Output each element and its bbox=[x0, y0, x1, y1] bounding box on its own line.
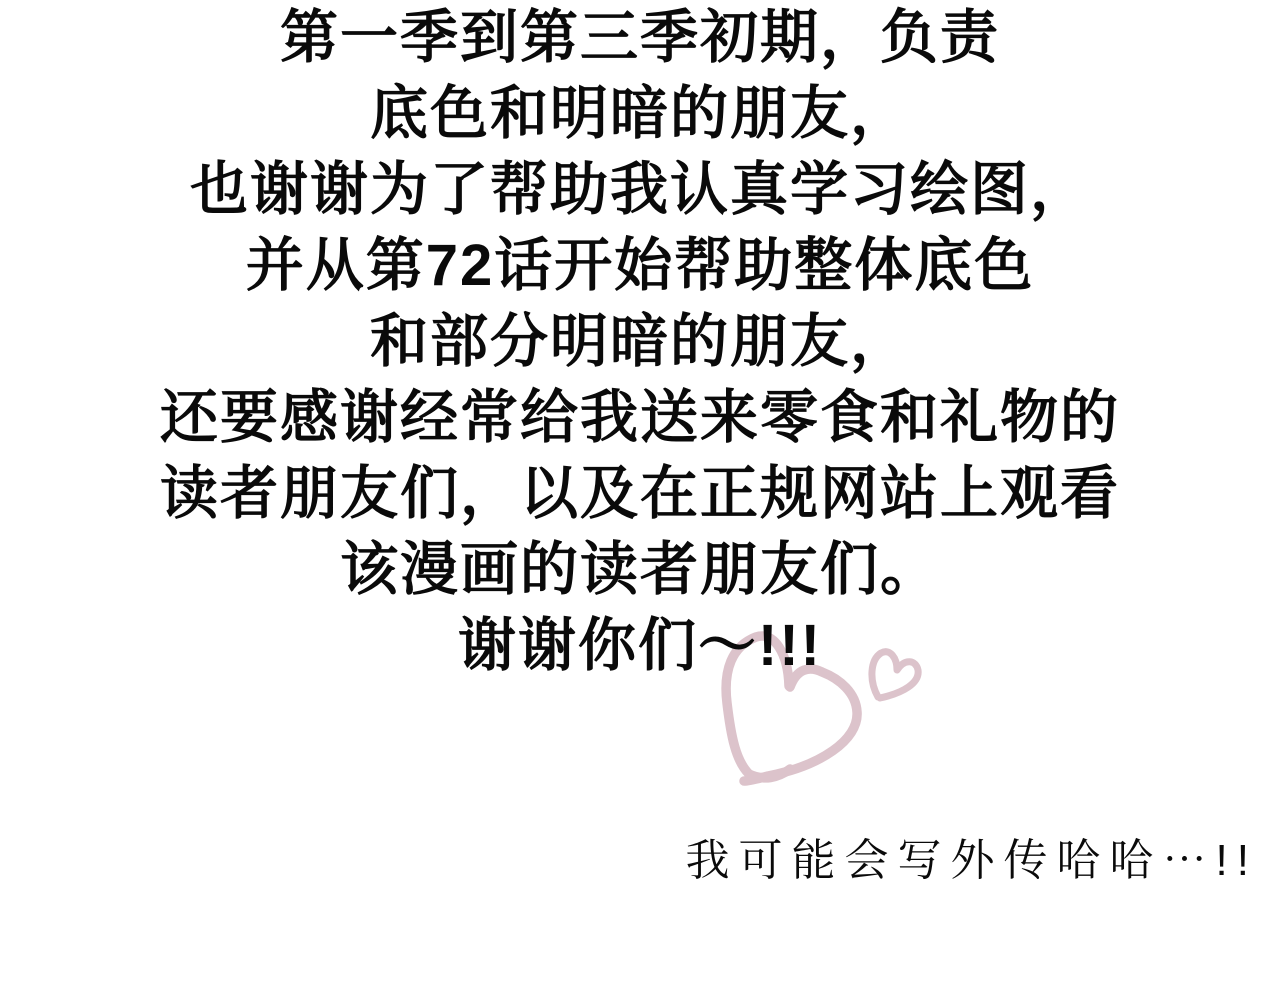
credits-paragraph: 也谢谢为了帮助我认真学习绘图， 并从第72话开始帮助整体底色 和部分明暗的朋友， bbox=[0, 152, 1280, 380]
credits-line: 该漫画的读者朋友们。 bbox=[0, 532, 1280, 608]
credits-line: 和部分明暗的朋友， bbox=[0, 304, 1280, 380]
afterword-page: 第一季到第三季初期，负责 底色和明暗的朋友， 也谢谢为了帮助我认真学习绘图， 并… bbox=[0, 0, 1280, 1000]
credits-paragraph: 第一季到第三季初期，负责 底色和明暗的朋友， bbox=[0, 0, 1280, 152]
postscript-note: 我可能会写外传哈哈⋯!! bbox=[686, 832, 1258, 890]
large-heart-icon bbox=[744, 669, 857, 781]
credits-line: 并从第72话开始帮助整体底色 bbox=[0, 228, 1280, 304]
credits-line: 谢谢你们～!!! bbox=[0, 608, 1280, 684]
credits-line: 底色和明暗的朋友， bbox=[0, 76, 1280, 152]
thanks-line: 谢谢你们～!!! bbox=[0, 608, 1280, 684]
credits-paragraph: 还要感谢经常给我送来零食和礼物的 读者朋友们，以及在正规网站上观看 该漫画的读者… bbox=[0, 380, 1280, 608]
credits-line-clipped: 第一季到第三季初期，负责 bbox=[0, 0, 1280, 76]
credits-line: 还要感谢经常给我送来零食和礼物的 bbox=[0, 380, 1280, 456]
credits-line: 也谢谢为了帮助我认真学习绘图， bbox=[0, 152, 1280, 228]
credits-text-block: 第一季到第三季初期，负责 底色和明暗的朋友， 也谢谢为了帮助我认真学习绘图， 并… bbox=[0, 0, 1280, 684]
credits-line: 读者朋友们，以及在正规网站上观看 bbox=[0, 456, 1280, 532]
